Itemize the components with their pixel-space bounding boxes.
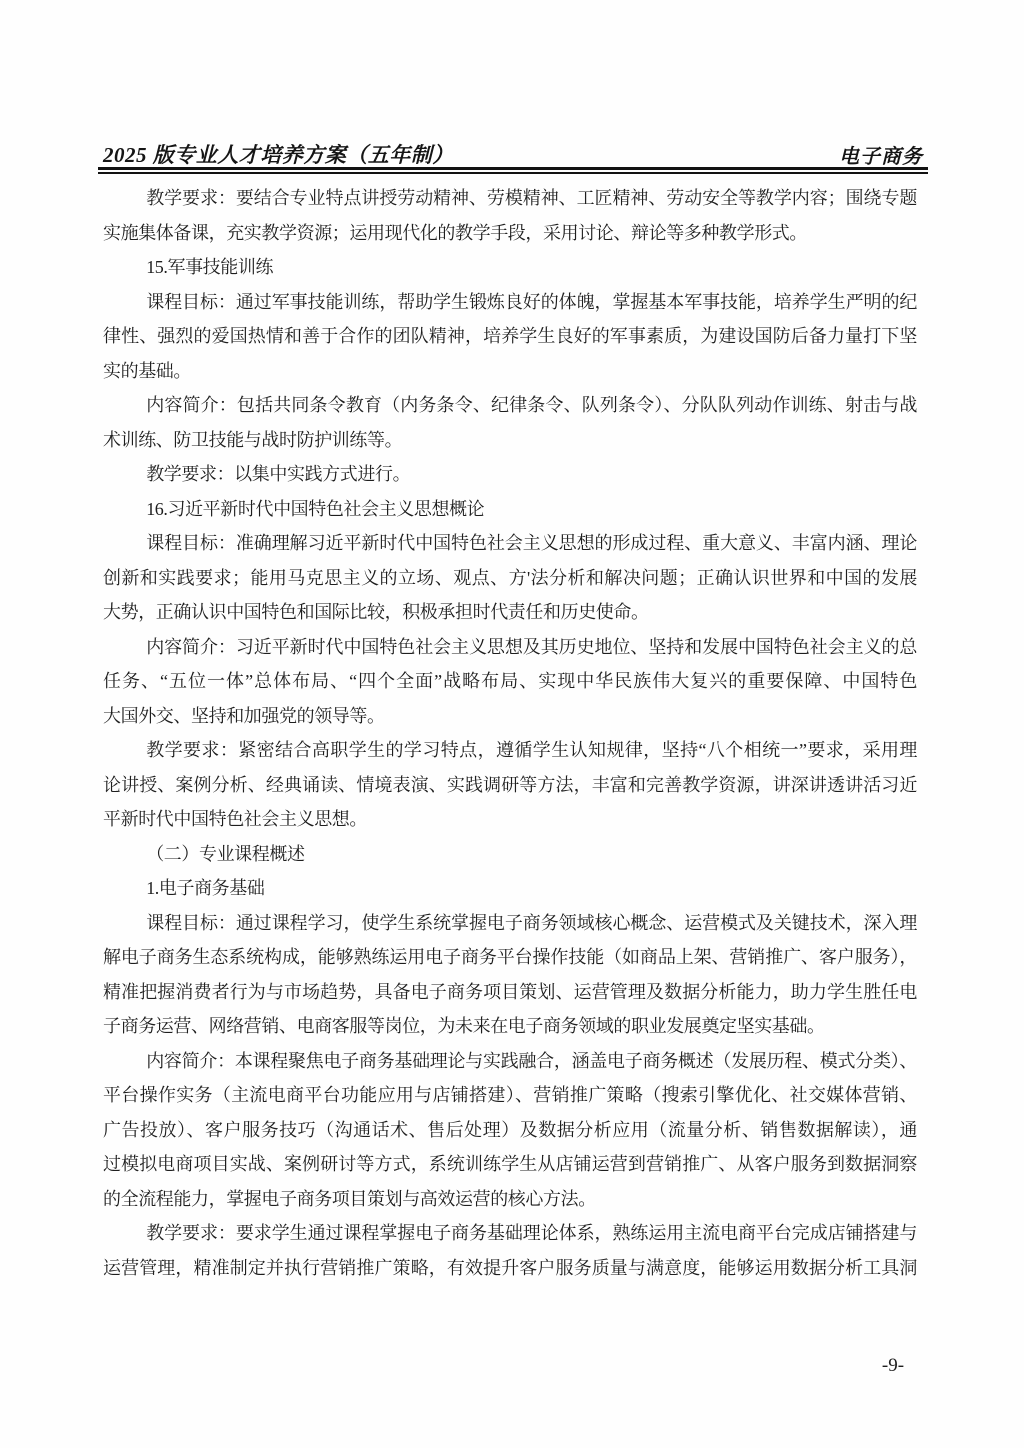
text-line: 课程目标：通过军事技能训练，帮助学生锻炼良好的体魄，掌握基本军事技能，培养学生严…	[103, 285, 917, 320]
text-line: 大国外交、坚持和加强党的领导等。	[103, 699, 917, 734]
text-line: 平台操作实务（主流电商平台功能应用与店铺搭建）、营销推广策略（搜索引擎优化、社交…	[103, 1078, 917, 1113]
text-line: 16.习近平新时代中国特色社会主义思想概论	[103, 492, 917, 527]
text-line: 内容简介：包括共同条令教育（内务条令、纪律条令、队列条令）、分队队列动作训练、射…	[103, 388, 917, 423]
text-line: 教学要求：要结合专业特点讲授劳动精神、劳模精神、工匠精神、劳动安全等教学内容；围…	[103, 181, 917, 216]
text-line: 解电子商务生态系统构成，能够熟练运用电子商务平台操作技能（如商品上架、营销推广、…	[103, 940, 917, 975]
text-line: 内容简介：本课程聚焦电子商务基础理论与实践融合，涵盖电子商务概述（发展历程、模式…	[103, 1044, 917, 1079]
page-header: 2025 版专业人才培养方案（五年制） 电子商务	[103, 139, 923, 169]
text-line: 术训练、防卫技能与战时防护训练等。	[103, 423, 917, 458]
text-line: 的全流程能力，掌握电子商务项目策划与高效运营的核心方法。	[103, 1182, 917, 1217]
header-doc-title: 2025 版专业人才培养方案（五年制）	[103, 139, 454, 169]
text-line: 精准把握消费者行为与市场趋势，具备电子商务项目策划、运营管理及数据分析能力，助力…	[103, 975, 917, 1010]
text-line: 课程目标：通过课程学习，使学生系统掌握电子商务领域核心概念、运营模式及关键技术，…	[103, 906, 917, 941]
text-line: 子商务运营、网络营销、电商客服等岗位，为未来在电子商务领域的职业发展奠定坚实基础…	[103, 1009, 917, 1044]
text-line: 律性、强烈的爱国热情和善于合作的团队精神，培养学生良好的军事素质，为建设国防后备…	[103, 319, 917, 354]
text-line: 广告投放）、客户服务技巧（沟通话术、售后处理）及数据分析应用（流量分析、销售数据…	[103, 1113, 917, 1148]
text-line: 平新时代中国特色社会主义思想。	[103, 802, 917, 837]
text-line: 教学要求：以集中实践方式进行。	[103, 457, 917, 492]
text-line: （二）专业课程概述	[103, 837, 917, 872]
text-line: 运营管理，精准制定并执行营销推广策略，有效提升客户服务质量与满意度，能够运用数据…	[103, 1251, 917, 1286]
text-line: 任务、“五位一体”总体布局、“四个全面”战略布局、实现中华民族伟大复兴的重要保障…	[103, 664, 917, 699]
page-body: 教学要求：要结合专业特点讲授劳动精神、劳模精神、工匠精神、劳动安全等教学内容；围…	[103, 181, 917, 1285]
text-line: 实施集体备课，充实教学资源；运用现代化的教学手段，采用讨论、辩论等多种教学形式。	[103, 216, 917, 251]
text-line: 创新和实践要求；能用马克思主义的立场、观点、方'法分析和解决问题；正确认识世界和…	[103, 561, 917, 596]
text-line: 实的基础。	[103, 354, 917, 389]
text-line: 教学要求：要求学生通过课程掌握电子商务基础理论体系，熟练运用主流电商平台完成店铺…	[103, 1216, 917, 1251]
document-page: 2025 版专业人才培养方案（五年制） 电子商务 教学要求：要结合专业特点讲授劳…	[0, 0, 1024, 1448]
text-line: 论讲授、案例分析、经典诵读、情境表演、实践调研等方法，丰富和完善教学资源，讲深讲…	[103, 768, 917, 803]
text-line: 过模拟电商项目实战、案例研讨等方式，系统训练学生从店铺运营到营销推广、从客户服务…	[103, 1147, 917, 1182]
text-line: 1.电子商务基础	[103, 871, 917, 906]
text-line: 内容简介：习近平新时代中国特色社会主义思想及其历史地位、坚持和发展中国特色社会主…	[103, 630, 917, 665]
header-rule	[98, 167, 928, 174]
text-line: 课程目标：准确理解习近平新时代中国特色社会主义思想的形成过程、重大意义、丰富内涵…	[103, 526, 917, 561]
header-major-title: 电子商务	[839, 140, 923, 169]
text-line: 大势，正确认识中国特色和国际比较，积极承担时代责任和历史使命。	[103, 595, 917, 630]
page-number: -9-	[856, 1355, 930, 1377]
text-line: 教学要求：紧密结合高职学生的学习特点，遵循学生认知规律，坚持“八个相统一”要求，…	[103, 733, 917, 768]
text-line: 15.军事技能训练	[103, 250, 917, 285]
